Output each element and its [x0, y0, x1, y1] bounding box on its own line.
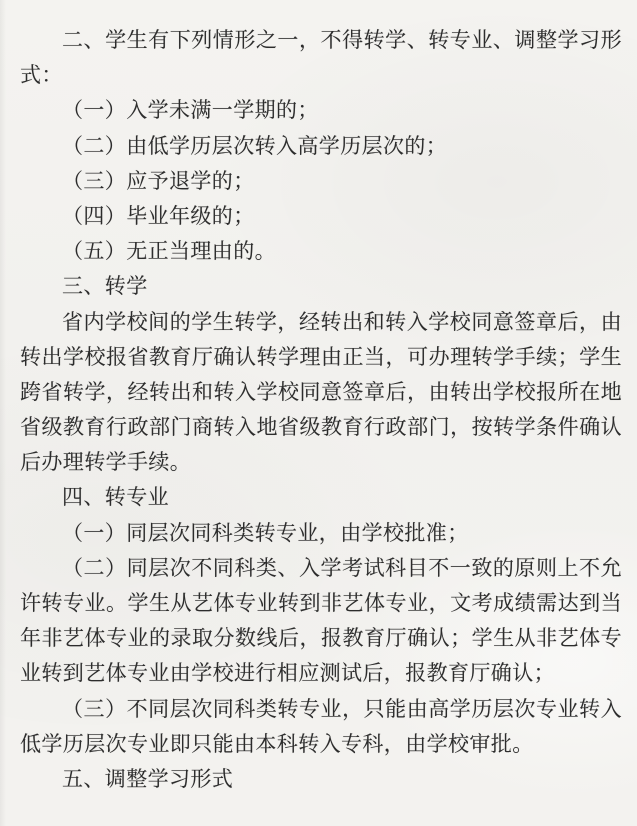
document-line: 转出学校报省教育厅确认转学理由正当，可办理转学手续；学生 [20, 340, 622, 375]
document-line: 四、转专业 [20, 480, 622, 515]
document-line: （一）入学未满一学期的； [20, 93, 622, 128]
document-line: 式： [20, 58, 622, 93]
document-line: 后办理转学手续。 [20, 445, 622, 480]
document-line: 二、学生有下列情形之一，不得转学、转专业、调整学习形 [20, 23, 622, 58]
document-line: （三）应予退学的； [20, 164, 622, 199]
document-line: （一）同层次同科类转专业，由学校批准； [20, 516, 622, 551]
document-line: （五）无正当理由的。 [20, 234, 622, 269]
document-text-block: 二、学生有下列情形之一，不得转学、转专业、调整学习形式：（一）入学未满一学期的；… [20, 23, 622, 797]
document-line: 业转到艺体专业由学校进行相应测试后，报教育厅确认； [20, 656, 622, 691]
document-line: （二）由低学历层次转入高学历层次的； [20, 129, 622, 164]
document-line: 省级教育行政部门商转入地省级教育行政部门，按转学条件确认 [20, 410, 622, 445]
scanned-document-page: 二、学生有下列情形之一，不得转学、转专业、调整学习形式：（一）入学未满一学期的；… [0, 0, 637, 826]
document-line: 三、转学 [20, 269, 622, 304]
document-line: 低学历层次专业即只能由本科转入专科，由学校审批。 [20, 727, 622, 762]
document-line: （二）同层次不同科类、入学考试科目不一致的原则上不允 [20, 551, 622, 586]
document-line: 五、调整学习形式 [20, 762, 622, 797]
document-line: 年非艺体专业的录取分数线后，报教育厅确认；学生从非艺体专 [20, 621, 622, 656]
document-line: 许转专业。学生从艺体专业转到非艺体专业，文考成绩需达到当 [20, 586, 622, 621]
document-line: （四）毕业年级的； [20, 199, 622, 234]
document-line: 省内学校间的学生转学，经转出和转入学校同意签章后，由 [20, 305, 622, 340]
document-line: 跨省转学，经转出和转入学校同意签章后，由转出学校报所在地 [20, 375, 622, 410]
document-line: （三）不同层次同科类转专业，只能由高学历层次专业转入 [20, 692, 622, 727]
